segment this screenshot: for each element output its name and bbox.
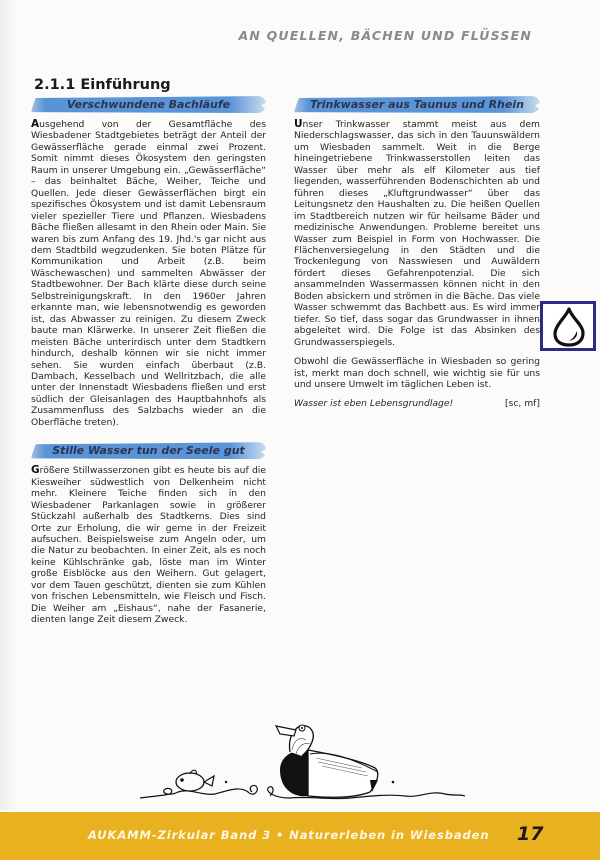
paragraph-bachlaeufe: Ausgehend von der Gesamtfläche des Wiesb…	[31, 119, 266, 428]
paragraph-text: usgehend von der Gesamtfläche des Wiesba…	[31, 119, 266, 428]
section-title: 2.1.1 Einführung	[34, 77, 171, 93]
dropcap: U	[294, 118, 303, 130]
right-column: Trinkwasser aus Taunus und Rhein Unser T…	[294, 96, 540, 410]
page-number: 17	[517, 823, 543, 845]
banner-title: Trinkwasser aus Taunus und Rhein	[294, 96, 540, 113]
paragraph-trinkwasser: Unser Trinkwasser stammt meist aus dem N…	[294, 119, 540, 348]
banner-title: Stille Wasser tun der Seele gut	[31, 442, 266, 459]
dropcap: A	[31, 118, 39, 130]
paragraph-text: nser Trinkwasser stammt meist aus dem Ni…	[294, 119, 540, 348]
duck-and-fish-illustration	[130, 710, 470, 810]
left-column: Verschwundene Bachläufe Ausgehend von de…	[31, 96, 266, 634]
paragraph-conclusion: Obwohl die Gewässerfläche in Wiesbaden s…	[294, 356, 540, 390]
section-banner-trinkwasser: Trinkwasser aus Taunus und Rhein	[294, 96, 540, 113]
footer-publication-title: AUKAMM-Zirkular Band 3 • Naturerleben in…	[88, 828, 489, 842]
water-drop-icon	[540, 301, 596, 351]
water-drop-glyph	[550, 307, 588, 347]
paragraph-text: rößere Stillwasserzonen gibt es heute bi…	[31, 465, 266, 625]
paragraph-stille-wasser: Größere Stillwasserzonen gibt es heute b…	[31, 465, 266, 625]
author-initials: [sc, mf]	[505, 398, 540, 409]
running-head: AN QUELLEN, BÄCHEN UND FLÜSSEN	[238, 28, 532, 43]
closing-quote: Wasser ist eben Lebensgrundlage!	[294, 398, 453, 409]
dropcap: G	[31, 464, 40, 476]
section-banner-stille-wasser: Stille Wasser tun der Seele gut	[31, 442, 266, 459]
section-banner-bachlaeufe: Verschwundene Bachläufe	[31, 96, 266, 113]
closing-line: Wasser ist eben Lebensgrundlage! [sc, mf…	[294, 398, 540, 409]
page-edge-shading	[0, 0, 18, 810]
banner-title: Verschwundene Bachläufe	[31, 96, 266, 113]
footer-bar: AUKAMM-Zirkular Band 3 • Naturerleben in…	[0, 812, 600, 860]
